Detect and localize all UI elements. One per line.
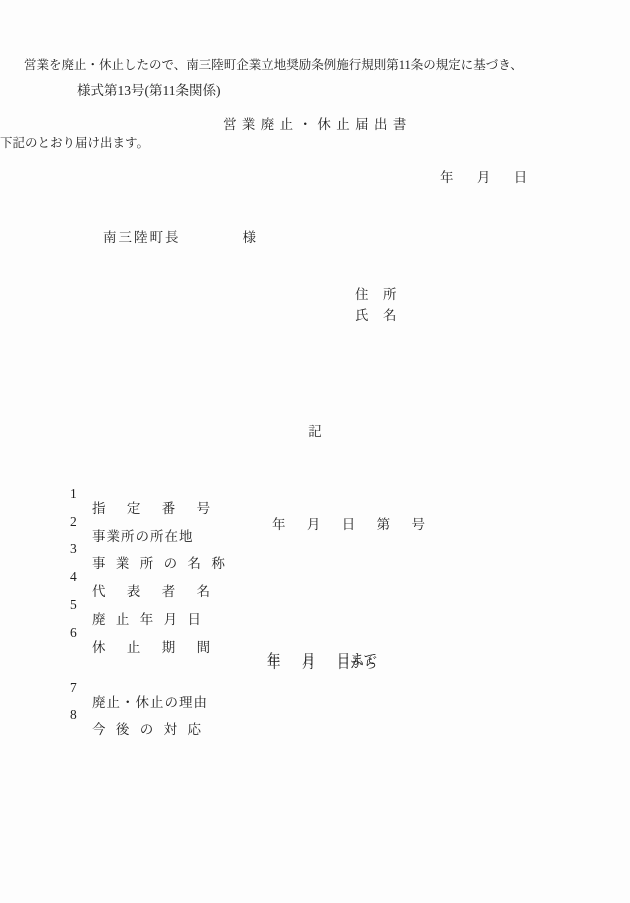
body-line-1: 営業を廃止・休止したので、南三陸町企業立地奨励条例施行規則第11条の規定に基づき… [0, 52, 530, 78]
recipient-line: 南三陸町長 様 [103, 230, 258, 246]
item-number: 8 [70, 707, 77, 723]
address-label: 住 所 [355, 287, 397, 303]
date-line: 年 月 日 [440, 170, 527, 186]
item-row-7: 7 廃止・休止の理由 [0, 664, 630, 682]
document-page: 様式第13号(第11条関係) 営 業 廃 止 ・ 休 止 届 出 書 年 月 日… [0, 0, 630, 903]
item-row-1: 1 指 定 番 号 年 月 日 第 号 [0, 470, 630, 488]
item-row-8: 8 今 後 の 対 応 [0, 691, 630, 709]
item-row-5: 5 廃 止 年 月 日 [0, 581, 630, 599]
item-row-3: 3 事 業 所 の 名 称 [0, 525, 630, 543]
form-number: 様式第13号(第11条関係) [77, 83, 221, 99]
item-row-6-continued: 年 月 日まで [0, 636, 630, 654]
item-row-6: 6 休 止 期 間 年 月 日から [0, 609, 630, 627]
document-title: 営 業 廃 止 ・ 休 止 届 出 書 [0, 117, 630, 133]
name-label: 氏 名 [355, 308, 397, 324]
item-label: 今 後 の 対 応 [92, 722, 201, 738]
section-marker: 記 [0, 424, 630, 440]
body-line-2: 下記のとおり届け出ます。 [0, 130, 530, 156]
item-row-4: 4 代 表 者 名 [0, 553, 630, 571]
item-row-2: 2 事業所の所在地 [0, 498, 630, 516]
